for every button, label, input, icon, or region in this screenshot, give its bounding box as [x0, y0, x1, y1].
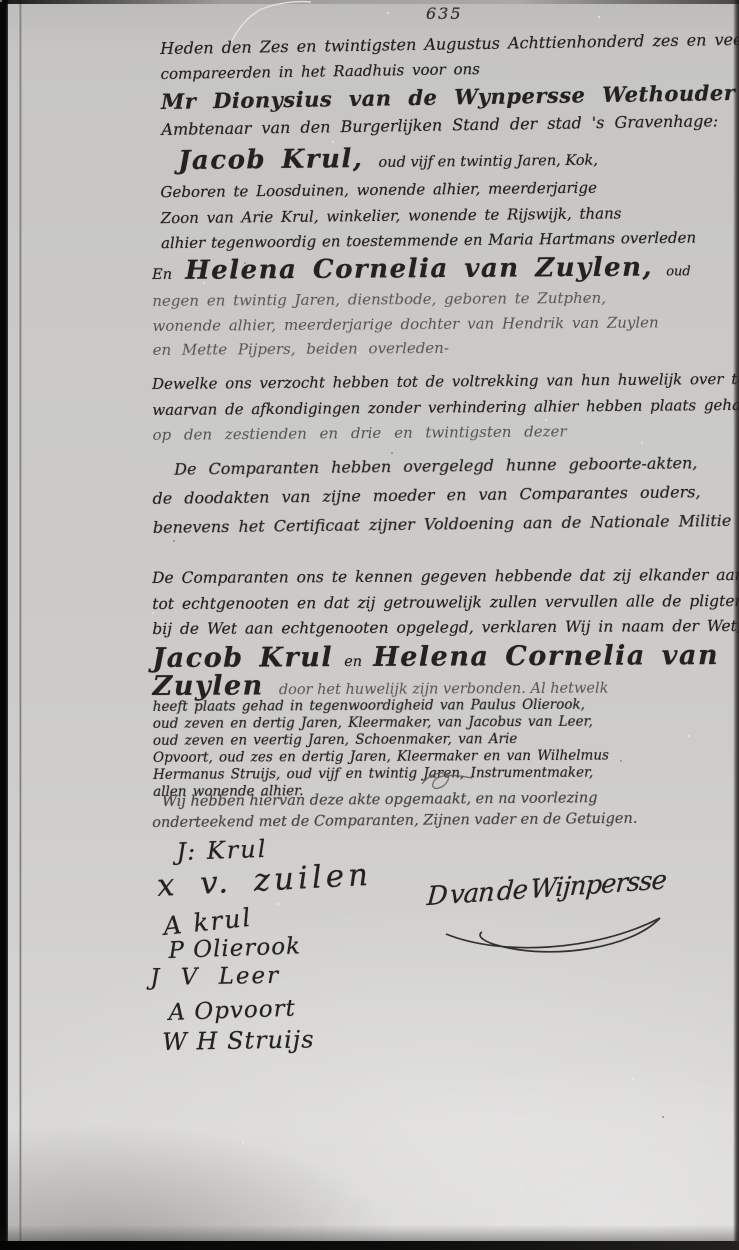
declaration-bride-name-2: Zuylen [153, 670, 264, 702]
bride-prefix: En [152, 267, 172, 283]
signature-official: D van de Wijnpersse [426, 865, 667, 912]
groom-details: oud vijf en twintig Jaren, Kok, [378, 153, 598, 171]
declaration-paragraph: De Comparanten ons te kennen gegeven heb… [152, 563, 739, 801]
declaration-names-line: Jacob Krul en Helena Cornelia van [152, 639, 739, 670]
declaration-line: De Comparanten ons te kennen gegeven heb… [152, 563, 739, 592]
bride-name: Helena Cornelia van Zuylen, [185, 253, 653, 286]
groom-paragraph: Jacob Krul, oud vijf en twintig Jaren, K… [178, 141, 696, 257]
bride-paragraph: En Helena Cornelia van Zuylen, oud negen… [152, 252, 691, 362]
banns-paragraph: Dewelke ons verzocht hebben tot de voltr… [152, 366, 739, 448]
bride-line: negen en twintig Jaren, dienstbode, gebo… [152, 285, 691, 313]
page-edge-top [0, 0, 739, 4]
declaration-bride-name: Helena Cornelia van [373, 640, 719, 673]
documents-paragraph: De Comparanten hebben overgelegd hunne g… [152, 448, 739, 542]
groom-first-line: Jacob Krul, oud vijf en twintig Jaren, K… [178, 141, 695, 180]
documents-line: benevens het Certificaat zijner Voldoeni… [153, 506, 739, 542]
bride-age-prefix: oud [666, 264, 691, 279]
bride-line: wonende alhier, meerderjarige dochter va… [152, 310, 691, 338]
signature-witness-1: P Olierook [168, 933, 301, 964]
banns-line: op den zestienden en drie en twintigsten… [152, 417, 739, 448]
declaration-conjunction: en [344, 653, 362, 669]
signature-witness-4: W H Struijs [162, 1025, 315, 1056]
page-edge-bottom [0, 1241, 739, 1250]
paper-specks-dark [0, 0, 2, 2]
document-page: 635 Heden den Zes en twintigsten Augustu… [0, 0, 739, 1250]
declaration-line: tot echtgenooten en dat zij getrouwelijk… [152, 588, 739, 617]
bride-first-line: En Helena Cornelia van Zuylen, oud [152, 252, 691, 289]
signature-witness-3: A Opvoort [168, 996, 296, 1026]
fold-line [19, 0, 22, 1250]
binding-edge-left [0, 0, 8, 1250]
closing-paragraph: Wij hebben hiervan deze akte opgemaakt, … [152, 788, 638, 833]
page-number: 635 [426, 4, 463, 23]
bride-line: en Mette Pijpers, beiden overleden- [153, 334, 692, 362]
declaration-groom-name: Jacob Krul [152, 642, 333, 674]
declaration-line: bij de Wet aan echtgenooten opgelegd, ve… [152, 614, 739, 643]
bottom-shadow [0, 1225, 739, 1241]
declaration-after-names: door het huwelijk zijn verbonden. Al het… [279, 680, 609, 698]
signature-groom: J: Krul [176, 835, 268, 866]
groom-name: Jacob Krul, [178, 144, 363, 176]
signature-witness-2: J V Leer [150, 963, 280, 991]
opening-paragraph: Heden den Zes en twintigsten Augustus Ac… [160, 26, 739, 142]
signature-swash [436, 908, 676, 958]
closing-line: onderteekend met de Comparanten, Zijnen … [152, 808, 637, 833]
declaration-names-line-2: Zuylen door het huwelijk zijn verbonden.… [153, 667, 739, 698]
